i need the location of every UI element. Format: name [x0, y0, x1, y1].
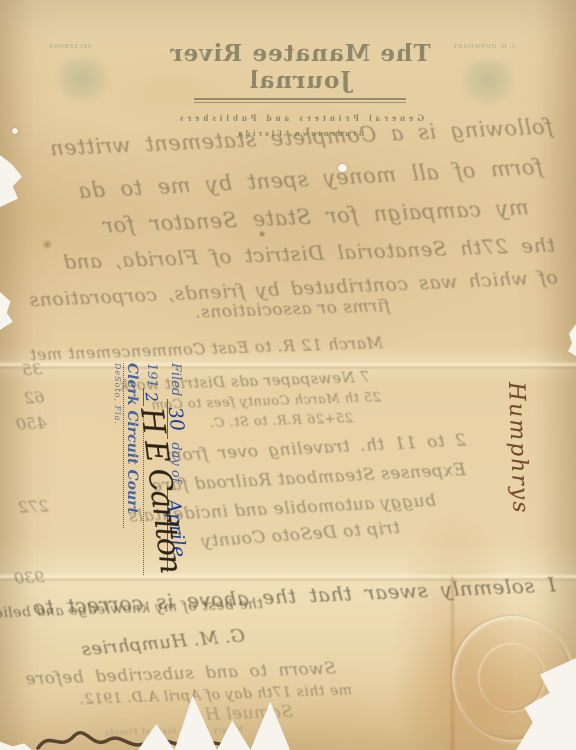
- filing-stamp: Filed 30 day of Aprile 191 2 Clerk Circu…: [91, 363, 187, 575]
- stamp-year-value: 2: [143, 391, 161, 403]
- margin-amount: 62: [24, 387, 45, 407]
- margin-amount: 272: [18, 496, 49, 517]
- pin-hole: [338, 164, 347, 172]
- scanned-document-page: The Manatee River Journal General Printe…: [0, 0, 576, 750]
- letterhead-corner-right: J. H. DUNWOODY: [452, 44, 515, 50]
- stamp-county-label: DeSoto, Fla.: [113, 363, 122, 575]
- letterhead-corner-left: TELEPHONE: [48, 44, 92, 50]
- pin-hole: [12, 128, 18, 134]
- letterhead-emblem-icon: [462, 60, 514, 104]
- letterhead-emblem-icon: [56, 58, 108, 102]
- fold-crease-line: [0, 361, 576, 370]
- stamp-year-prefix: 191: [143, 363, 160, 388]
- side-annotation-name: Humphrys: [496, 381, 534, 554]
- stamp-filed-label: Filed: [167, 363, 184, 396]
- margin-amount: 450: [16, 413, 47, 434]
- stamp-year-blank: 2: [143, 388, 163, 406]
- letterhead-title: The Manatee River Journal: [138, 40, 462, 94]
- notary-seal-inner-ring: [478, 643, 544, 711]
- ink-scrawl: [30, 722, 250, 750]
- margin-amount: 930: [14, 567, 45, 588]
- letterhead-rule: [194, 98, 406, 103]
- margin-amount: 35: [22, 359, 43, 379]
